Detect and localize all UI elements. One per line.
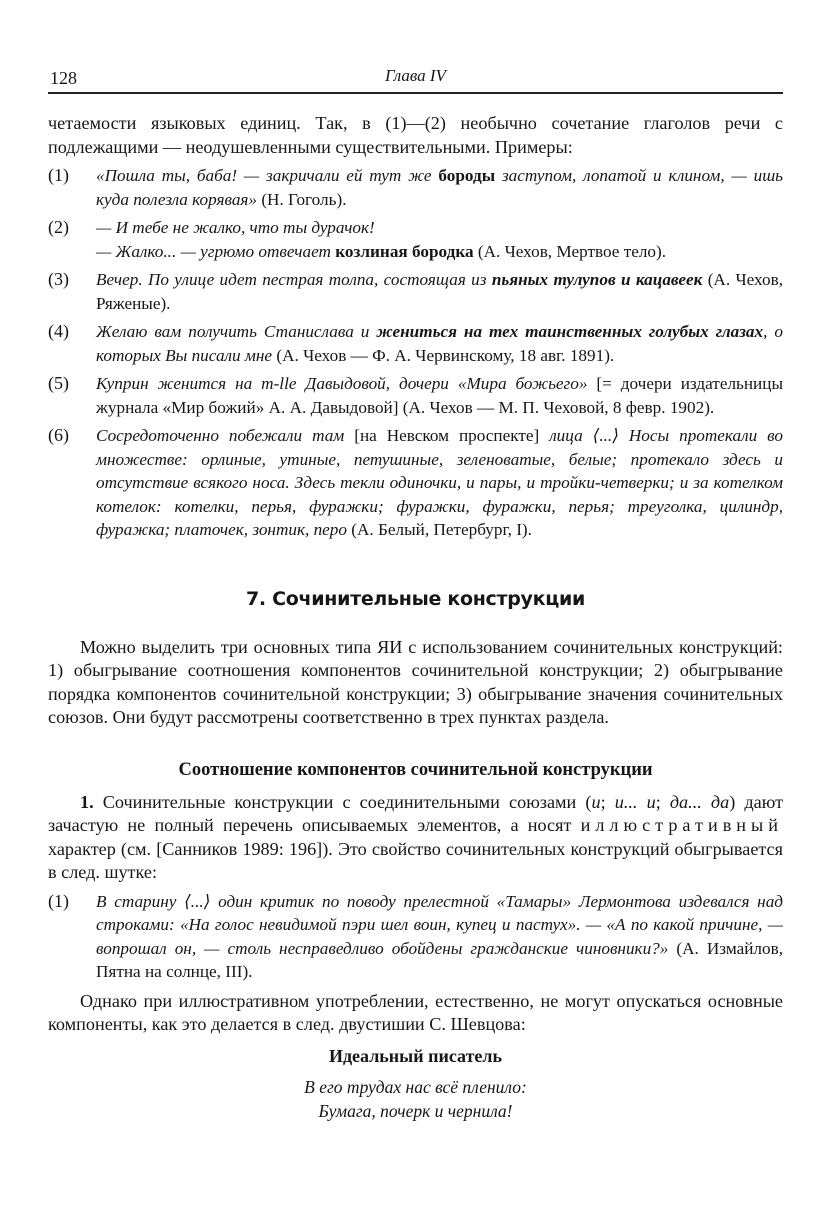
example-text: «Пошла ты, баба! — закричали ей тут же б… <box>96 164 783 211</box>
example-item: (2)— И тебе не жалко, что ты дурачок!— Ж… <box>48 216 783 263</box>
plain-text: Сочинительные конструкции с соединительн… <box>94 792 592 812</box>
poem-title: Идеальный писатель <box>48 1046 783 1067</box>
section-heading: 7. Сочинительные конструкции <box>48 588 783 610</box>
plain-text: (А. Белый, Петербург, I). <box>347 520 532 539</box>
bold-italic-text: жениться на тех таинственных голубых гла… <box>376 322 763 341</box>
running-header: 128 Глава IV <box>48 64 783 94</box>
example-text: Сосредоточенно побежали там [на Невском … <box>96 424 783 542</box>
chapter-title: Глава IV <box>48 66 783 86</box>
spaced-text: иллюстративный <box>581 815 783 835</box>
plain-text: ; <box>601 792 615 812</box>
section-paragraph: Можно выделить три основных типа ЯИ с ис… <box>48 636 783 730</box>
italic-text: Куприн женится на m-lle Давыдовой, дочер… <box>96 374 587 393</box>
example-number: (1) <box>48 890 96 984</box>
book-page: 128 Глава IV четаемости языковых единиц.… <box>48 64 783 1123</box>
bold-italic-text: пьяных тулупов и кацавеек <box>492 270 703 289</box>
example-number: (6) <box>48 424 96 542</box>
plain-text: [на Невском проспекте] <box>344 426 549 445</box>
italic-text: — Жалко... — угрюмо отвечает <box>96 242 335 261</box>
italic-text: Сосредоточенно побежали там <box>96 426 344 445</box>
example-item: (6)Сосредоточенно побежали там [на Невск… <box>48 424 783 542</box>
example-list-a: (1)«Пошла ты, баба! — закричали ей тут ж… <box>48 164 783 542</box>
poem: В его трудах нас всё пленило: Бумага, по… <box>48 1075 783 1123</box>
point-1-paragraph: 1. Сочинительные конструкции с соедините… <box>48 791 783 885</box>
example-item: (4)Желаю вам получить Станислава и женит… <box>48 320 783 367</box>
plain-text: характер (см. [Санников 1989: 196]). Это… <box>48 839 783 883</box>
intro-paragraph: четаемости языковых единиц. Так, в (1)—(… <box>48 112 783 159</box>
example-item: (5)Куприн женится на m-lle Давыдовой, до… <box>48 372 783 419</box>
example-text: Вечер. По улице идет пестрая толпа, сост… <box>96 268 783 315</box>
italic-text: Желаю вам получить Станислава и <box>96 322 376 341</box>
closing-paragraph: Однако при иллюстративном употреблении, … <box>48 990 783 1037</box>
example-number: (5) <box>48 372 96 419</box>
example-number: (1) <box>48 164 96 211</box>
plain-text: (А. Чехов — Ф. А. Червинскому, 18 авг. 1… <box>272 346 614 365</box>
example-line: — И тебе не жалко, что ты дурачок! <box>96 216 783 240</box>
example-number: (3) <box>48 268 96 315</box>
example-text: Желаю вам получить Станислава и жениться… <box>96 320 783 367</box>
bold-text: козлиная бородка <box>335 242 473 261</box>
italic-text: Вечер. По улице идет пестрая толпа, сост… <box>96 270 492 289</box>
italic-text: — И тебе не жалко, что ты дурачок! <box>96 218 375 237</box>
bold-text: бороды <box>438 166 495 185</box>
example-text: Куприн женится на m-lle Давыдовой, дочер… <box>96 372 783 419</box>
poem-line: В его трудах нас всё пленило: <box>48 1075 783 1099</box>
example-line: — Жалко... — угрюмо отвечает козлиная бо… <box>96 240 783 264</box>
italic-text: да... да <box>670 792 729 812</box>
example-text: — И тебе не жалко, что ты дурачок!— Жалк… <box>96 216 783 263</box>
example-number: (4) <box>48 320 96 367</box>
italic-text: и... и <box>615 792 656 812</box>
point-number: 1. <box>80 792 94 812</box>
plain-text: (А. Чехов, Мертвое тело). <box>474 242 666 261</box>
italic-text: «Пошла ты, баба! — закричали ей тут же <box>96 166 438 185</box>
example-list-b: (1)В старину ⟨...⟩ один критик по поводу… <box>48 890 783 984</box>
plain-text: ; <box>656 792 670 812</box>
subsection-heading: Соотношение компонентов сочинительной ко… <box>48 760 783 781</box>
example-text: В старину ⟨...⟩ один критик по поводу пр… <box>96 890 783 984</box>
poem-line: Бумага, почерк и чернила! <box>48 1099 783 1123</box>
example-item: (1)«Пошла ты, баба! — закричали ей тут ж… <box>48 164 783 211</box>
example-item: (1)В старину ⟨...⟩ один критик по поводу… <box>48 890 783 984</box>
example-number: (2) <box>48 216 96 263</box>
plain-text: (Н. Гоголь). <box>257 190 346 209</box>
example-item: (3)Вечер. По улице идет пестрая толпа, с… <box>48 268 783 315</box>
italic-text: и <box>591 792 600 812</box>
